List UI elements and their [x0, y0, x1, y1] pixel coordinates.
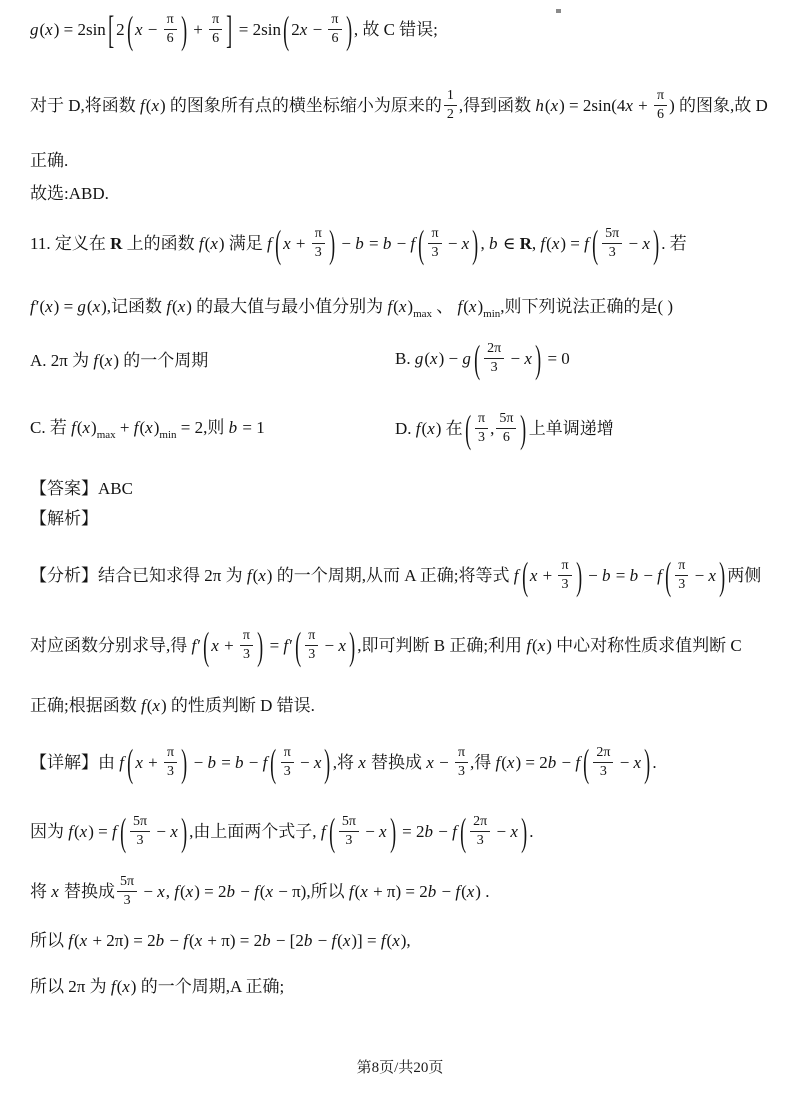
text-run: ( [461, 882, 467, 901]
text-run: − [492, 822, 510, 841]
math-variable: x [93, 297, 102, 316]
text-run: − π),所以 [274, 882, 349, 901]
text-run: ) = 2 [515, 753, 547, 772]
text-run: 所以 2π 为 [30, 977, 111, 996]
math-variable: x [538, 636, 547, 655]
text-run: ( [172, 297, 178, 316]
text-run: = 0 [543, 349, 570, 368]
text-run: − [236, 882, 254, 901]
math-variable: x [283, 234, 292, 253]
text-run: ∈ [499, 234, 520, 253]
fraction: 5π3 [339, 814, 359, 848]
big-delimiter: ) [181, 12, 187, 51]
math-variable: x [211, 636, 220, 655]
option-c: C. 若 f(x)max + f(x)min = 2,则 b = 1 [30, 417, 395, 443]
fraction: 5π3 [117, 874, 137, 908]
text-run: − [434, 822, 452, 841]
para-xiangjie-2: 因为 f(x) = f(5π3 − x),由上面两个式子, f(5π3 − x)… [30, 816, 786, 850]
math-variable: h [535, 96, 545, 115]
option-a: A. 2π 为 f(x) 的一个周期 [30, 350, 395, 371]
math-variable: g [462, 349, 472, 368]
fraction: π3 [281, 745, 294, 779]
text-run: + [116, 418, 134, 437]
fraction-numerator: π [455, 745, 468, 763]
text-run: 两侧 [727, 566, 761, 585]
text-run: 上的函数 [122, 234, 199, 253]
text-run: , 故 C 错误; [354, 20, 438, 39]
bold-symbol: R [520, 234, 532, 253]
math-variable: g [415, 349, 425, 368]
big-delimiter: ) [521, 411, 527, 450]
text-run: 正确;根据函数 [30, 696, 141, 715]
math-variable: x [186, 882, 195, 901]
fraction-denominator: 6 [654, 106, 667, 123]
text-run: − [392, 234, 410, 253]
math-variable: b [235, 753, 245, 772]
scan-artifact [556, 9, 561, 13]
fraction-numerator: π [312, 226, 325, 244]
text-run: − [639, 566, 657, 585]
text-run: = [217, 753, 235, 772]
text-run: + [144, 753, 162, 772]
text-run: 上单调递增 [529, 419, 614, 438]
text-run: ( [87, 297, 93, 316]
text-run: − [313, 931, 331, 950]
text-run: ) 满足 [219, 234, 267, 253]
math-variable: x [135, 753, 144, 772]
text-run: + [189, 20, 207, 39]
fraction-numerator: 2π [484, 341, 504, 359]
math-variable: x [426, 753, 435, 772]
big-delimiter: ( [460, 814, 466, 853]
text-run: ) 的最大值与最小值分别为 [186, 297, 387, 316]
math-variable: x [122, 977, 131, 996]
big-delimiter: ) [576, 558, 582, 597]
para-fenxi-1: 【分析】结合已知求得 2π 为 f(x) 的一个周期,从而 A 正确;将等式 f… [30, 560, 786, 594]
fraction-numerator: 1 [444, 88, 457, 106]
math-variable: x [392, 931, 401, 950]
text-run: + [634, 96, 652, 115]
big-delimiter: ( [203, 628, 209, 667]
text-run: + [220, 636, 238, 655]
fraction-denominator: 3 [484, 359, 504, 376]
text-run: 【解析】 [30, 509, 98, 528]
text-run: ,由上面两个式子, [189, 822, 321, 841]
text-run: − [337, 234, 355, 253]
big-delimiter: ( [283, 12, 289, 51]
math-variable: x [145, 418, 154, 437]
text-run: 11. 定义在 [30, 234, 110, 253]
text-run: . [529, 822, 533, 841]
text-run: )] = [351, 931, 380, 950]
text-run: 、 [432, 297, 458, 316]
text-run: − [624, 234, 642, 253]
text-run: − [308, 20, 326, 39]
math-variable: x [45, 297, 54, 316]
text-run: − [296, 753, 314, 772]
big-delimiter: ) [535, 341, 541, 380]
fraction: π6 [654, 88, 667, 122]
math-variable: x [360, 882, 369, 901]
para-xiangjie-5: 所以 2π 为 f(x) 的一个周期,A 正确; [30, 976, 786, 997]
fraction-denominator: 3 [593, 763, 613, 780]
big-delimiter: ) [390, 814, 396, 853]
text-run: − [165, 931, 183, 950]
text-run: ( [77, 418, 83, 437]
fraction-numerator: 5π [130, 814, 150, 832]
big-delimiter: ( [120, 814, 126, 853]
big-delimiter: ] [226, 12, 232, 51]
text-run: ( [74, 931, 80, 950]
text-run: ) = [88, 822, 112, 841]
fraction-denominator: 3 [602, 244, 622, 261]
fraction-denominator: 2 [444, 106, 457, 123]
fraction: π3 [475, 411, 488, 445]
text-run: 对于 D,将函数 [30, 96, 140, 115]
text-run: − [189, 753, 207, 772]
text-run: ( [99, 351, 105, 370]
text-run: ) 的性质判断 D 错误. [161, 696, 315, 715]
big-delimiter: [ [108, 12, 114, 51]
math-variable: x [265, 882, 274, 901]
para-fenxi-3: 正确;根据函数 f(x) 的性质判断 D 错误. [30, 695, 786, 716]
math-variable: x [642, 234, 651, 253]
fraction: π6 [328, 12, 341, 46]
math-variable: x [83, 418, 92, 437]
text-run: , [481, 234, 490, 253]
math-variable: b [355, 234, 365, 253]
text-run: 【详解】由 [30, 753, 119, 772]
math-variable: x [170, 822, 179, 841]
big-delimiter: ( [271, 745, 277, 784]
text-run: 故选:ABD. [30, 184, 109, 203]
math-variable: x [178, 297, 187, 316]
math-variable: x [135, 20, 144, 39]
math-variable: f [657, 566, 663, 585]
math-variable: b [304, 931, 314, 950]
fraction-numerator: π [475, 411, 488, 429]
text-run: + π) = 2 [369, 882, 428, 901]
text-run: C. 若 [30, 418, 71, 437]
math-variable: x [258, 566, 267, 585]
text-run: = [611, 566, 629, 585]
text-run: ( [546, 234, 552, 253]
big-delimiter: ( [127, 12, 133, 51]
option-d: D. f(x) 在(π3,5π6)上单调递增 [395, 413, 614, 447]
math-variable: x [80, 822, 89, 841]
bold-symbol: R [110, 234, 122, 253]
math-variable: x [708, 566, 717, 585]
para-answer: 【答案】ABC [30, 478, 786, 499]
fraction-numerator: π [281, 745, 294, 763]
text-run: = [265, 636, 283, 655]
math-variable: f [267, 234, 273, 253]
math-variable: b [207, 753, 217, 772]
big-delimiter: ) [181, 814, 187, 853]
document-page: g(x) = 2sin[2(x − π6) + π6] = 2sin(2x − … [0, 0, 800, 1102]
big-delimiter: ( [583, 745, 589, 784]
math-variable: f [263, 753, 269, 772]
fraction: 2π3 [593, 745, 613, 779]
text-run: − [615, 753, 633, 772]
text-run: ) 的图象所有点的横坐标缩小为原来的 [160, 96, 442, 115]
math-variable: x [152, 696, 161, 715]
big-delimiter: ) [644, 745, 650, 784]
para-xiangjie-4: 所以 f(x + 2π) = 2b − f(x + π) = 2b − [2b … [30, 930, 786, 951]
math-variable: x [314, 753, 323, 772]
text-run: ) 的一个周期 [113, 351, 208, 370]
options-row-cd: C. 若 f(x)max + f(x)min = 2,则 b = 1D. f(x… [30, 413, 786, 447]
text-run: − [245, 753, 263, 772]
big-delimiter: ) [257, 628, 263, 667]
fraction-numerator: 5π [339, 814, 359, 832]
fraction-numerator: 5π [602, 226, 622, 244]
fraction: π3 [675, 558, 688, 592]
math-variable: b [548, 753, 558, 772]
fraction-numerator: π [209, 12, 222, 30]
big-delimiter: ( [522, 558, 528, 597]
math-variable: b [428, 882, 438, 901]
fraction-numerator: π [428, 226, 441, 244]
fraction: 2π3 [484, 341, 504, 375]
text-run: − [2 [272, 931, 304, 950]
fraction: 2π3 [470, 814, 490, 848]
fraction-denominator: 3 [281, 763, 294, 780]
text-run: ( [393, 297, 399, 316]
math-variable: x [195, 931, 204, 950]
big-delimiter: ) [181, 745, 187, 784]
fraction: π6 [164, 12, 177, 46]
fraction: 12 [444, 88, 457, 122]
math-variable: f [452, 822, 458, 841]
text-run: ( [189, 931, 195, 950]
para-q11-stem-2: f′(x) = g(x),记函数 f(x) 的最大值与最小值分别为 f(x)ma… [30, 296, 786, 322]
fraction-numerator: π [654, 88, 667, 106]
text-run: 【分析】结合已知求得 2π 为 [30, 566, 247, 585]
text-run: ) 在 [436, 419, 463, 438]
text-run: + [538, 566, 556, 585]
math-variable: x [210, 234, 219, 253]
text-run: ′( [36, 297, 45, 316]
text-run: ), [401, 931, 411, 950]
text-run: ) = [560, 234, 584, 253]
text-run: D. [395, 419, 416, 438]
math-variable: b [226, 882, 236, 901]
text-run: ′ [197, 636, 201, 655]
fraction-numerator: 5π [496, 411, 516, 429]
text-run: = 1 [238, 418, 265, 437]
big-delimiter: ) [346, 12, 352, 51]
big-delimiter: ( [592, 226, 598, 265]
text-run: . [652, 753, 656, 772]
text-run: = [365, 234, 383, 253]
math-variable: b [156, 931, 166, 950]
subscript: min [483, 308, 500, 320]
text-run: ,将 [333, 753, 359, 772]
big-delimiter: ) [472, 226, 478, 265]
subscript: min [159, 429, 176, 441]
math-variable: f [410, 234, 416, 253]
fraction-denominator: 3 [339, 832, 359, 849]
text-run: ,得 [470, 753, 496, 772]
math-variable: x [430, 349, 439, 368]
text-run: 替换成 [367, 753, 427, 772]
text-run: − [435, 753, 453, 772]
text-run: − [584, 566, 602, 585]
text-run: 替换成 [60, 882, 115, 901]
fraction-numerator: π [240, 628, 253, 646]
fraction: 5π3 [130, 814, 150, 848]
math-variable: x [45, 20, 54, 39]
text-run: − [437, 882, 455, 901]
formula-gx: g(x) = 2sin[2(x − π6) + π6] = 2sin(2x − … [30, 14, 786, 48]
fraction-denominator: 3 [117, 892, 137, 909]
text-run: 将 [30, 882, 51, 901]
text-run: = 2,则 [177, 418, 229, 437]
option-b: B. g(x) − g(2π3 − x) = 0 [395, 343, 570, 377]
big-delimiter: ) [329, 226, 335, 265]
text-run: ( [337, 931, 343, 950]
fraction-denominator: 3 [475, 429, 488, 446]
para-fenxi-2: 对应函数分别求导,得 f′(x + π3) = f′(π3 − x),即可判断 … [30, 630, 786, 664]
text-run: ,则下列说法正确的是( ) [500, 297, 673, 316]
fraction-denominator: 3 [312, 244, 325, 261]
para-correct: 正确. [30, 150, 786, 171]
fraction: π3 [164, 745, 177, 779]
text-run: − [361, 822, 379, 841]
text-run: ) . [475, 882, 489, 901]
text-run: B. [395, 349, 415, 368]
fraction-numerator: 2π [593, 745, 613, 763]
fraction-numerator: π [164, 12, 177, 30]
fraction-denominator: 6 [164, 30, 177, 47]
text-run: ) 的图象,故 D [669, 96, 768, 115]
text-run: 因为 [30, 822, 68, 841]
text-run: 正确. [30, 151, 68, 170]
text-run: ( [74, 822, 80, 841]
para-jiexi-label: 【解析】 [30, 508, 786, 529]
big-delimiter: ( [295, 628, 301, 667]
text-run: + π) = 2 [203, 931, 262, 950]
fraction-numerator: 5π [117, 874, 137, 892]
text-run: 所以 [30, 931, 68, 950]
text-run: − [506, 349, 524, 368]
text-run: 【答案】ABC [30, 479, 133, 498]
math-variable: b [229, 418, 239, 437]
math-variable: x [524, 349, 533, 368]
text-run: 2 [291, 20, 300, 39]
math-variable: b [425, 822, 435, 841]
math-variable: g [77, 297, 87, 316]
text-run: , [490, 419, 494, 438]
big-delimiter: ( [418, 226, 424, 265]
text-run: − [152, 822, 170, 841]
text-run: ( [545, 96, 551, 115]
math-variable: x [151, 96, 160, 115]
text-run: = 2sin [235, 20, 281, 39]
fraction-denominator: 3 [305, 646, 318, 663]
big-delimiter: ) [719, 558, 725, 597]
fraction-denominator: 3 [428, 244, 441, 261]
text-run: − [139, 882, 157, 901]
fraction: 5π6 [496, 411, 516, 445]
fraction: π3 [455, 745, 468, 779]
big-delimiter: ( [275, 226, 281, 265]
text-run: + [292, 234, 310, 253]
math-variable: x [51, 882, 60, 901]
math-variable: f [112, 822, 118, 841]
text-run: ( [180, 882, 186, 901]
fraction-numerator: 2π [470, 814, 490, 832]
subscript: max [97, 429, 116, 441]
text-run: + 2π) = 2 [88, 931, 155, 950]
math-variable: x [467, 882, 476, 901]
math-variable: f [575, 753, 581, 772]
text-run: ),记函数 [101, 297, 166, 316]
big-delimiter: ) [325, 745, 331, 784]
fraction: π3 [558, 558, 571, 592]
text-run: ) = [54, 297, 78, 316]
fraction-numerator: π [164, 745, 177, 763]
text-run: − [557, 753, 575, 772]
math-variable: x [510, 822, 519, 841]
page-footer: 第8页/共20页 [0, 1056, 800, 1077]
fraction-denominator: 3 [240, 646, 253, 663]
math-variable: x [551, 96, 560, 115]
big-delimiter: ) [653, 226, 659, 265]
math-variable: x [338, 636, 347, 655]
math-variable: x [379, 822, 388, 841]
math-variable: g [30, 20, 40, 39]
text-run: . 若 [661, 234, 687, 253]
math-variable: x [462, 234, 471, 253]
fraction-denominator: 6 [209, 30, 222, 47]
fraction: π6 [209, 12, 222, 46]
fraction-numerator: π [558, 558, 571, 576]
fraction-denominator: 3 [164, 763, 177, 780]
options-row-ab: A. 2π 为 f(x) 的一个周期B. g(x) − g(2π3 − x) =… [30, 343, 786, 377]
para-xiangjie-3: 将 x 替换成5π3 − x, f(x) = 2b − f(x − π),所以 … [30, 876, 786, 910]
text-run: ′ [289, 636, 293, 655]
fraction-numerator: π [328, 12, 341, 30]
fraction: π3 [312, 226, 325, 260]
text-run: ( [532, 636, 538, 655]
text-run: ) 的一个周期,A 正确; [131, 977, 284, 996]
text-run: ) = 2sin(4 [559, 96, 625, 115]
math-variable: f [321, 822, 327, 841]
fraction-numerator: π [305, 628, 318, 646]
fraction: π3 [305, 628, 318, 662]
para-q11-stem-1: 11. 定义在 R 上的函数 f(x) 满足 f(x + π3) − b = b… [30, 228, 786, 262]
math-variable: x [427, 419, 436, 438]
text-run: ) 中心对称性质求值判断 C [546, 636, 742, 655]
math-variable: f [584, 234, 590, 253]
text-run: − [444, 234, 462, 253]
math-variable: x [358, 753, 367, 772]
text-run: A. 2π 为 [30, 351, 93, 370]
big-delimiter: ( [329, 814, 335, 853]
big-delimiter: ) [349, 628, 355, 667]
fraction: π3 [240, 628, 253, 662]
fraction-denominator: 3 [130, 832, 150, 849]
big-delimiter: ( [665, 558, 671, 597]
text-run: , [166, 882, 175, 901]
fraction-denominator: 3 [455, 763, 468, 780]
math-variable: b [383, 234, 393, 253]
text-run: ,即可判断 B 正确;利用 [357, 636, 526, 655]
math-variable: f [119, 753, 125, 772]
math-variable: x [80, 931, 89, 950]
